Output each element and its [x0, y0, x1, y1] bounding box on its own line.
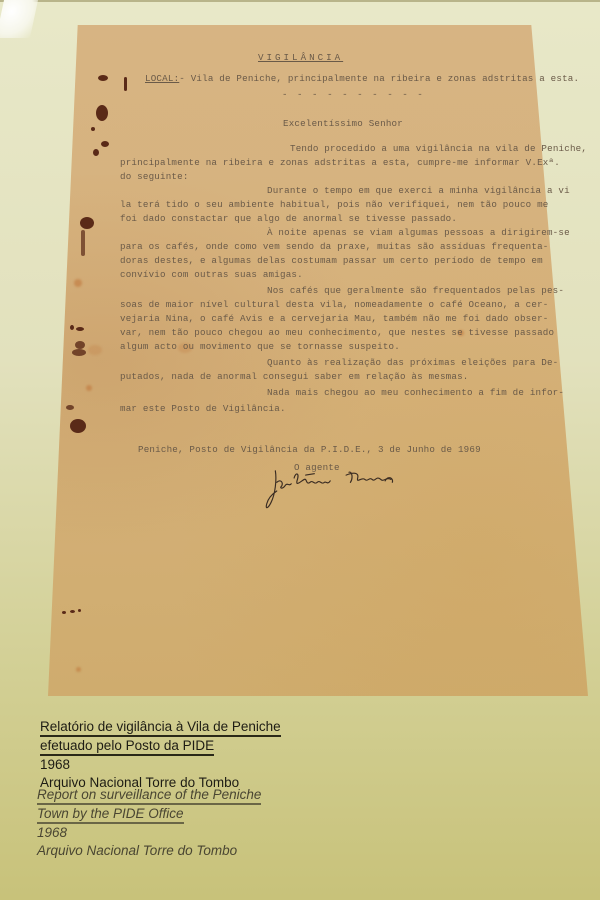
- caption-en-title-line2: Town by the PIDE Office: [37, 806, 184, 824]
- body-line: do seguinte:: [120, 170, 189, 185]
- document-title: VIGILÂNCIA: [258, 51, 343, 66]
- body-line: soas de maior nível cultural desta vila,…: [120, 298, 549, 313]
- location-label: LOCAL:: [145, 73, 179, 84]
- body-line: Nada mais chegou ao meu conhecimento a f…: [267, 386, 564, 401]
- body-line: foi dado constactar que algo de anormal …: [120, 212, 457, 227]
- frame-top-edge: [0, 0, 600, 2]
- body-line: convívio com outras suas amigas.: [120, 268, 303, 283]
- caption-title-line1: Relatório de vigilância à Vila de Penich…: [40, 719, 281, 737]
- body-line: Durante o tempo em que exerci a minha vi…: [267, 184, 570, 199]
- body-line: var, nem tão pouco chegou ao meu conheci…: [120, 326, 554, 341]
- caption-title-line2: efetuado pelo Posto da PIDE: [40, 738, 214, 756]
- body-line: Quanto às realização das próximas eleiçõ…: [267, 356, 558, 371]
- caption-en-title-line1: Report on surveillance of the Peniche: [37, 787, 261, 805]
- typed-document: VIGILÂNCIA LOCAL:- Vila de Peniche, prin…: [78, 25, 578, 696]
- caption-year: 1968: [40, 756, 281, 774]
- body-line: principalmente na ribeira e zonas adstri…: [120, 156, 560, 171]
- caption-english: Report on surveillance of the Peniche To…: [37, 786, 261, 859]
- location-text: - Vila de Peniche, principalmente na rib…: [179, 73, 579, 84]
- caption-en-year: 1968: [37, 824, 261, 842]
- body-line: À noite apenas se viam algumas pessoas a…: [267, 226, 570, 241]
- body-line: putados, nada de anormal consegui saber …: [120, 370, 469, 385]
- closing-line: Peniche, Posto de Vigilância da P.I.D.E.…: [138, 443, 481, 458]
- handwritten-signature: [236, 465, 436, 530]
- light-glare: [0, 0, 38, 38]
- caption-en-source: Arquivo Nacional Torre do Tombo: [37, 842, 261, 860]
- caption-portuguese: Relatório de vigilância à Vila de Penich…: [40, 718, 281, 791]
- body-line: la terá tido o seu ambiente habitual, po…: [120, 198, 549, 213]
- body-line: doras destes, e algumas delas costumam p…: [120, 254, 543, 269]
- body-line: algum acto ou movimento que se tornasse …: [120, 340, 400, 355]
- location-line: LOCAL:- Vila de Peniche, principalmente …: [145, 72, 579, 87]
- body-line: para os cafés, onde como vem sendo da pr…: [120, 240, 549, 255]
- body-line: mar este Posto de Vigilância.: [120, 402, 286, 417]
- body-line: vejaria Nina, o café Avis e a cervejaria…: [120, 312, 549, 327]
- separator: - - - - - - - - - -: [282, 88, 425, 103]
- body-line: Nos cafés que geralmente são frequentado…: [267, 284, 564, 299]
- body-line: Tendo procedido a uma vigilância na vila…: [290, 142, 587, 157]
- salutation: Excelentíssimo Senhor: [283, 117, 403, 132]
